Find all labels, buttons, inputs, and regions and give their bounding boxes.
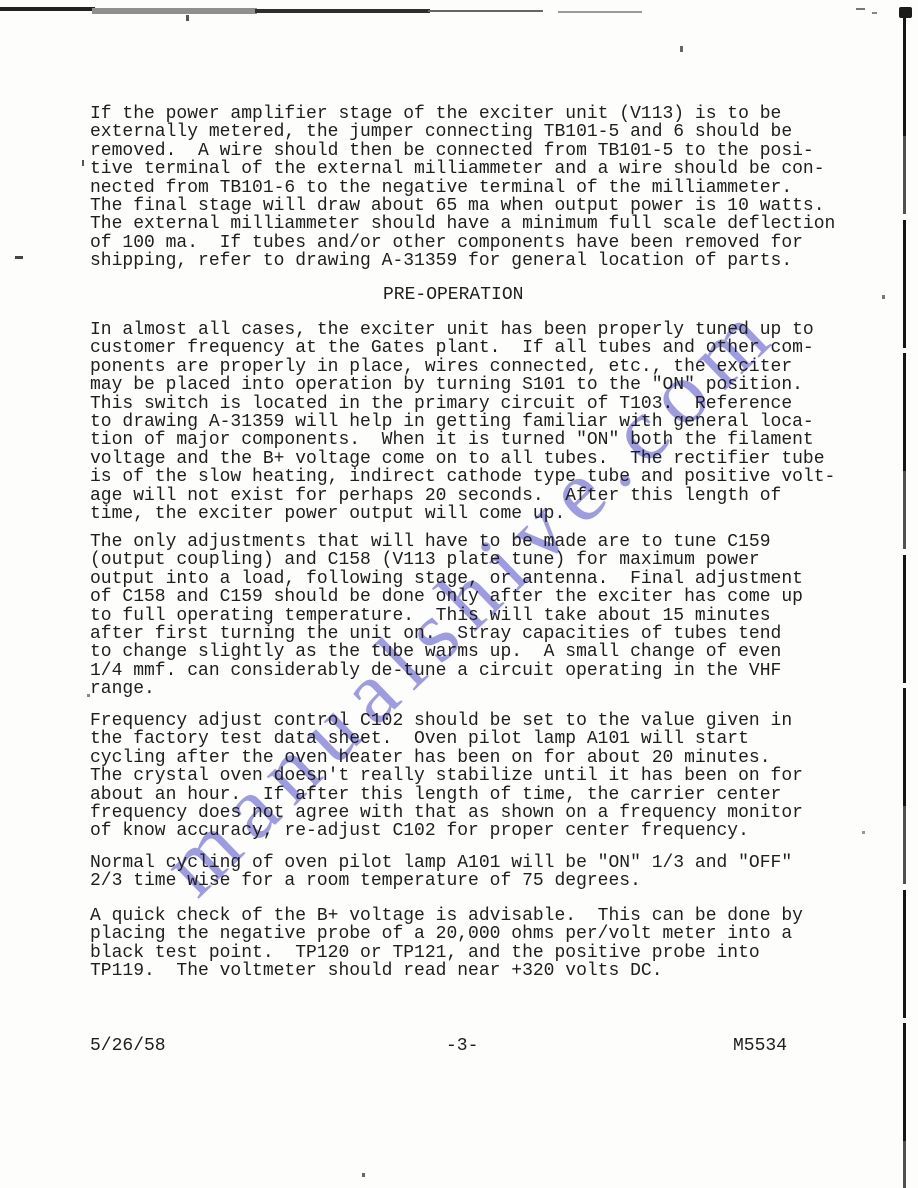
paragraph-adjustments: The only adjustments that will have to b…	[90, 533, 803, 699]
section-heading-pre-operation: PRE-OPERATION	[383, 286, 523, 304]
scan-artifact-top-line	[558, 11, 642, 13]
scan-artifact-speck	[186, 15, 189, 21]
scan-artifact-top-line	[92, 8, 257, 14]
scan-artifact-speck	[82, 160, 84, 166]
document-content: If the power amplifier stage of the exci…	[0, 0, 918, 1188]
scan-artifact-top-line	[428, 10, 543, 12]
scan-artifact-corner-blob	[899, 7, 912, 18]
scan-artifact-speck	[680, 46, 683, 52]
scanned-manual-page: manualshive.com If the power amplifier s…	[0, 0, 918, 1188]
scan-artifact-speck	[15, 256, 23, 259]
scan-artifact-speck	[856, 8, 865, 10]
paragraph-external-metering: If the power amplifier stage of the exci…	[90, 105, 835, 271]
scan-artifact-top-line	[255, 9, 430, 13]
scan-artifact-right-edge-line	[903, 18, 906, 1188]
scan-artifact-speck	[862, 831, 865, 834]
paragraph-frequency-adjust: Frequency adjust control C102 should be …	[90, 712, 803, 841]
scan-artifact-speck	[882, 295, 885, 299]
scan-artifact-speck	[362, 1173, 365, 1177]
scan-artifact-top-line	[0, 7, 95, 11]
scan-artifact-speck	[872, 12, 877, 14]
scan-artifact-speck	[87, 694, 90, 697]
paragraph-voltage-check: A quick check of the B+ voltage is advis…	[90, 907, 803, 981]
paragraph-oven-cycling: Normal cycling of oven pilot lamp A101 w…	[90, 854, 792, 891]
paragraph-turn-on: In almost all cases, the exciter unit ha…	[90, 321, 835, 523]
